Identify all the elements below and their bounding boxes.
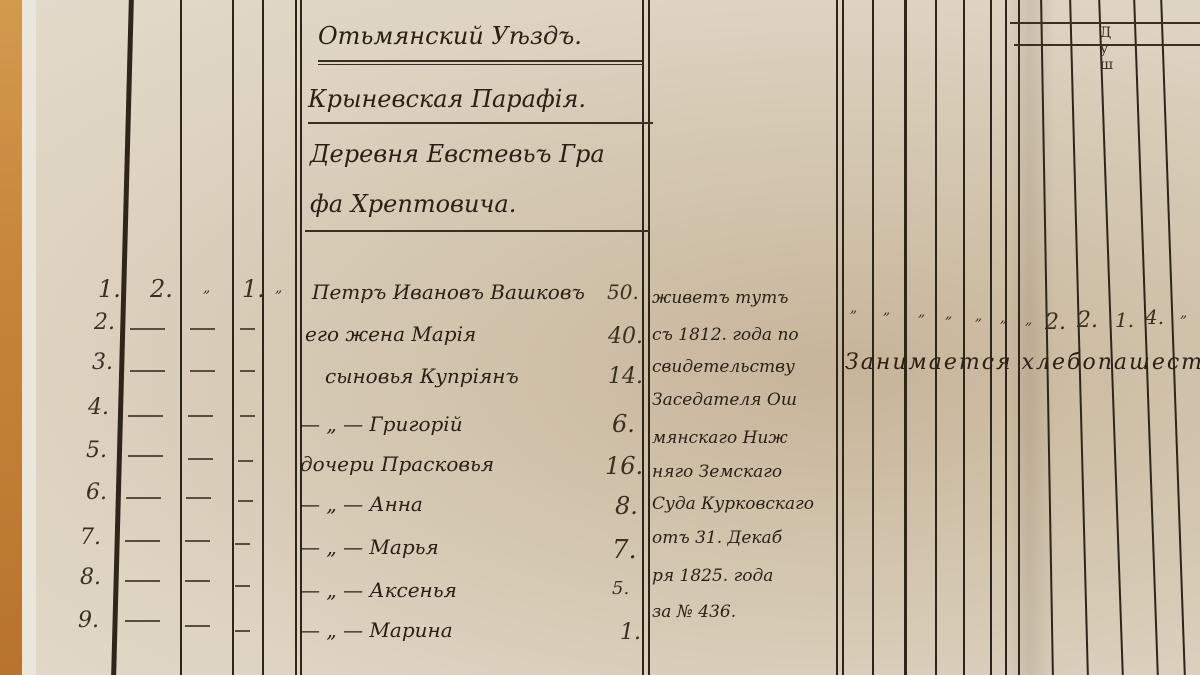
ditto-dash [185,540,210,542]
person-age: 14. [608,364,643,389]
remark-line: Суда Курковскаго [652,494,814,514]
person-name: его жена Марiя [305,322,476,346]
person-name: сыновья Купрiянъ [325,364,519,388]
printed-header-rule [1010,22,1200,24]
column-rule [842,0,844,675]
row-number: 1. [98,275,121,303]
column-rule [648,0,650,675]
header-underline [318,64,643,65]
header-underline [318,60,643,62]
ditto-dash [186,497,211,499]
column-count: 1. [1115,308,1134,332]
person-name: — „ — Марина [300,618,453,642]
row-number: 3. [92,350,113,375]
row-mark: „ [275,280,282,296]
column-mark: „ [918,304,925,320]
district-title: Отьмянский Уѣздъ. [318,22,582,50]
person-age: 40. [608,324,643,349]
person-name: дочери Прасковья [300,452,494,476]
ditto-dash [240,415,255,417]
remark-line: за № 436. [652,602,736,622]
person-name: — „ — Григорiй [300,412,463,436]
ditto-dash [190,370,215,372]
column-rule [295,0,297,675]
remark-line: свидетельству [652,357,795,377]
ditto-dash [130,370,165,372]
row-number: 7. [80,525,101,550]
ditto-dash [190,328,215,330]
remark-line: ря 1825. года [652,566,773,586]
remark-line: съ 1812. года по [652,325,799,345]
person-age: 6. [612,410,635,438]
column-rule [1005,0,1007,675]
ditto-dash [128,415,163,417]
row-number: 4. [88,395,109,420]
remark-line: мянскаго Ниж [652,428,788,448]
ditto-dash [130,328,165,330]
column-rule [872,0,874,675]
column-mark: „ [945,306,952,322]
row-number: 6. [86,480,107,505]
row-mark: 1. [242,275,265,303]
person-age: 5. [612,578,629,599]
ditto-dash [185,625,210,627]
person-name: — „ — Марья [300,535,439,559]
row-count: 2. [150,275,173,303]
printed-header-dush: Д у ш [1100,25,1200,73]
remark-line: отъ 31. Декаб [652,528,782,548]
column-rule [262,0,264,675]
ditto-dash [188,415,213,417]
remark-line: живетъ тутъ [652,288,789,308]
row-mark: „ [203,280,210,296]
column-mark: „ [975,308,982,324]
ditto-dash [125,620,160,622]
column-mark: „ [1025,312,1032,328]
person-age: 16. [605,452,643,480]
ditto-dash [235,630,250,632]
ditto-dash [126,497,161,499]
row-number: 2. [94,310,115,335]
ditto-dash [128,455,163,457]
column-rule [904,0,907,675]
person-age: 1. [620,620,641,645]
column-mark: „ [1180,305,1187,321]
ditto-dash [240,370,255,372]
row-number: 5. [86,438,107,463]
row-number: 9. [78,608,99,633]
remark-line: Заседателя Ош [652,390,797,410]
column-mark: „ [1000,310,1007,326]
person-name: — „ — Анна [300,492,423,516]
column-rule [1018,0,1020,675]
ditto-dash [125,580,160,582]
header-rule [305,230,650,232]
ditto-dash [240,328,255,330]
page-edge [22,0,36,675]
column-mark: „ [883,302,890,318]
column-rule [990,0,992,675]
column-rule [232,0,234,675]
occupation-note: Занимается хлебопашествомъ [845,350,1200,375]
ditto-dash [238,460,253,462]
person-age: 8. [615,492,638,520]
person-age: 7. [612,535,637,565]
person-name: — „ — Аксенья [300,578,457,602]
ditto-dash [125,540,160,542]
row-number: 8. [80,565,101,590]
person-age: 50. [607,280,639,304]
ditto-dash [235,585,250,587]
column-rule [300,0,302,675]
ditto-dash [235,543,250,545]
person-name: Петръ Ивановъ Вашковъ [312,280,585,304]
remark-line: няго Земскаго [652,462,782,482]
column-rule [180,0,182,675]
parish-title: Крыневская Парафiя. [308,85,586,113]
column-mark: „ [850,300,857,316]
village-title-line2: фа Хрептовича. [310,190,516,218]
column-rule [963,0,965,675]
ditto-dash [238,500,253,502]
column-count: 2. [1045,310,1066,335]
header-rule [308,122,653,124]
village-title-line1: Деревня Евстевьъ Гра [310,140,605,168]
ditto-dash [185,580,210,582]
column-rule [836,0,838,675]
column-rule [935,0,937,675]
ditto-dash [188,458,213,460]
column-count: 2. [1077,308,1098,333]
column-count: 4. [1145,305,1164,329]
